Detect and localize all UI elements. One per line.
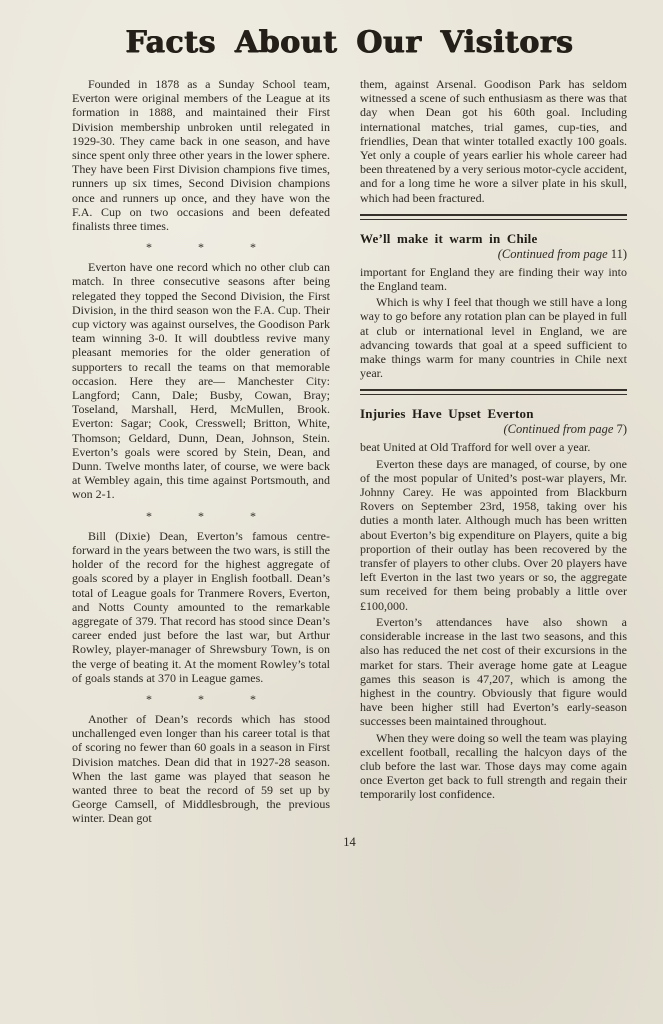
paragraph-chile-2: Which is why I feel that though we still… <box>360 295 627 380</box>
article-columns: Founded in 1878 as a Sunday School team,… <box>0 60 663 826</box>
continued-from-text: (Continued from page <box>504 422 617 436</box>
asterisk: * <box>146 241 152 253</box>
double-rule-separator <box>360 214 627 220</box>
continued-from-text: (Continued from page <box>498 247 611 261</box>
continued-from-page: 7) <box>617 422 627 436</box>
paragraph-arsenal: them, against Arsenal. Goodison Park has… <box>360 77 627 205</box>
double-rule-separator <box>360 389 627 395</box>
right-column: them, against Arsenal. Goodison Park has… <box>360 77 627 826</box>
section-heading-injuries: Injuries Have Upset Everton <box>360 406 627 421</box>
page-number: 14 <box>0 835 663 850</box>
asterisk: * <box>198 241 204 253</box>
asterisk: * <box>146 693 152 705</box>
paragraph-injuries-1: beat United at Old Trafford for well ove… <box>360 440 627 454</box>
asterisk: * <box>198 510 204 522</box>
asterisk: * <box>250 510 256 522</box>
asterisk: * <box>250 693 256 705</box>
asterisk-separator: * * * <box>72 693 330 705</box>
left-column: Founded in 1878 as a Sunday School team,… <box>72 77 330 826</box>
paragraph-dean-record: Bill (Dixie) Dean, Everton’s famous cent… <box>72 529 330 685</box>
paragraph-injuries-2: Everton these days are managed, of cours… <box>360 457 627 613</box>
asterisk: * <box>198 693 204 705</box>
asterisk: * <box>146 510 152 522</box>
continued-from-note: (Continued from page 7) <box>360 422 627 437</box>
continued-from-note: (Continued from page 11) <box>360 247 627 262</box>
asterisk-separator: * * * <box>72 510 330 522</box>
paragraph-chile-1: important for England they are finding t… <box>360 265 627 293</box>
paragraph-injuries-3: Everton’s attendances have also shown a … <box>360 615 627 729</box>
paragraph-record: Everton have one record which no other c… <box>72 260 330 501</box>
asterisk: * <box>250 241 256 253</box>
paragraph-sixty-goals: Another of Dean’s records which has stoo… <box>72 712 330 826</box>
section-heading-chile: We’ll make it warm in Chile <box>360 231 627 246</box>
paragraph-injuries-4: When they were doing so well the team wa… <box>360 731 627 802</box>
asterisk-separator: * * * <box>72 241 330 253</box>
paragraph-founded: Founded in 1878 as a Sunday School team,… <box>72 77 330 233</box>
page-title: Facts About Our Visitors <box>72 25 627 60</box>
continued-from-page: 11) <box>611 247 627 261</box>
